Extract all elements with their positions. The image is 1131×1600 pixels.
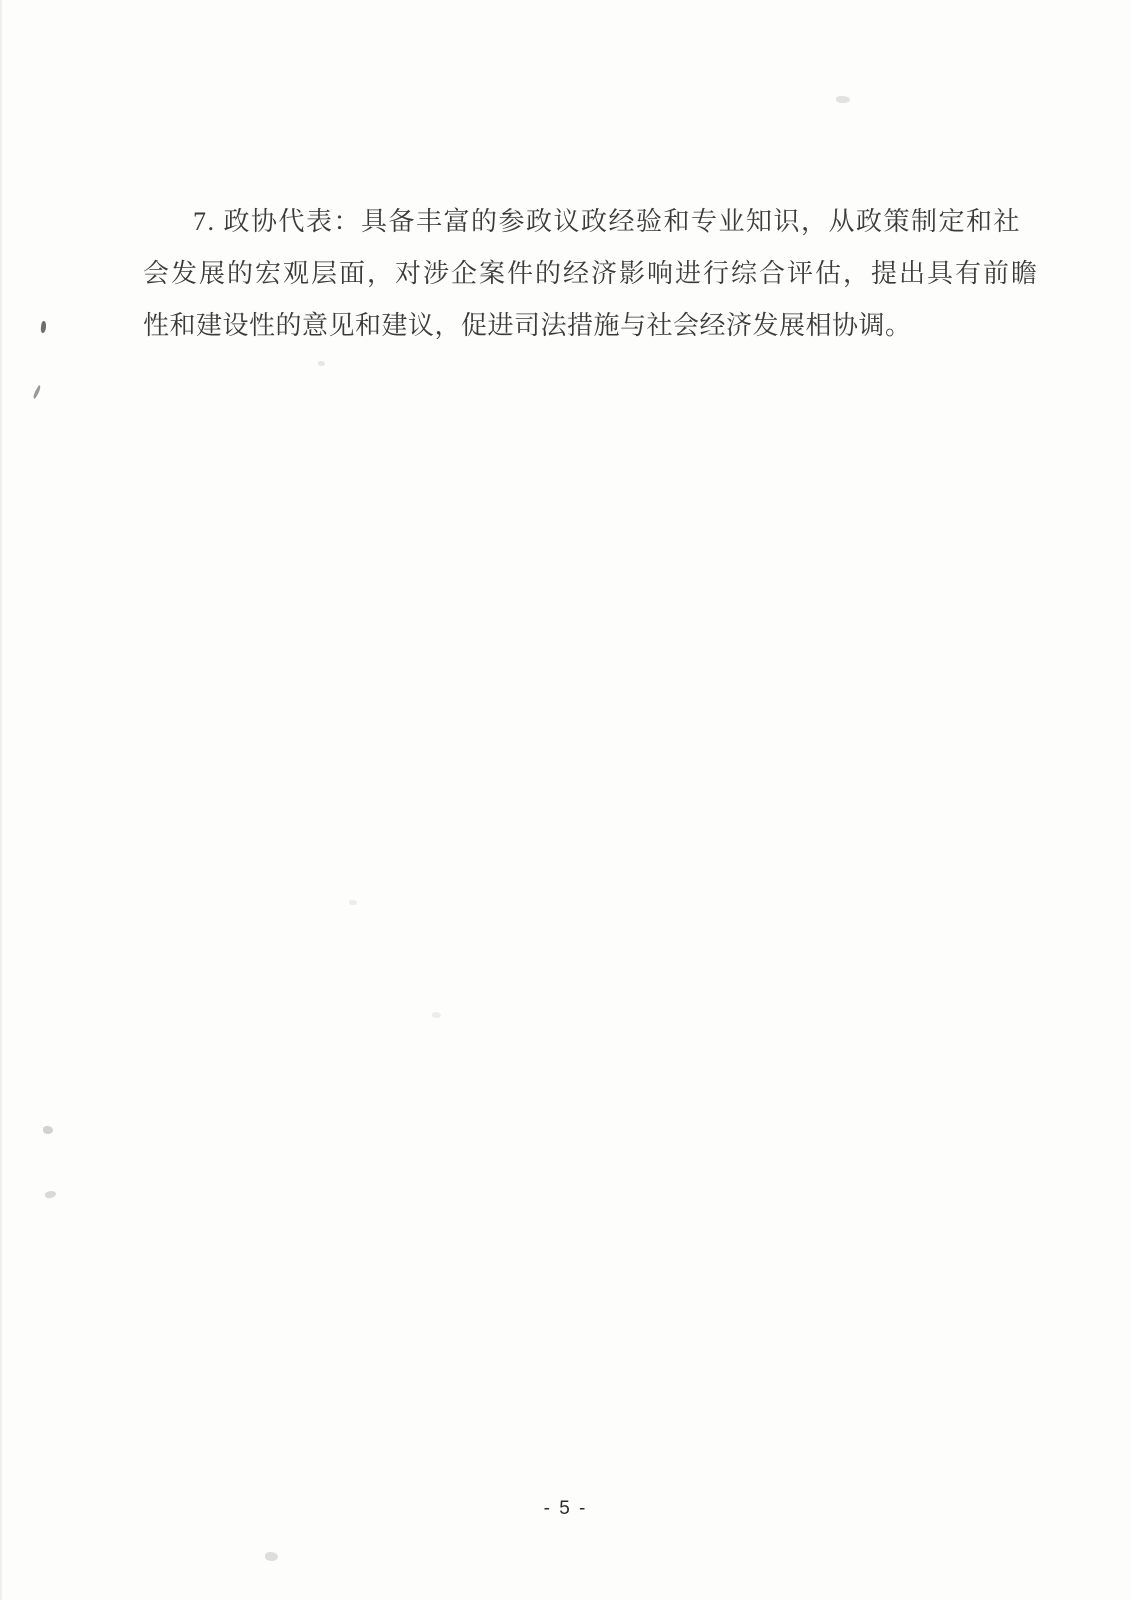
scan-edge	[0, 0, 3, 1600]
scan-speck	[349, 900, 357, 905]
body-paragraph: 7. 政协代表：具备丰富的参政议政经验和专业知识，从政策制定和社 会发展的宏观层…	[143, 196, 989, 352]
paragraph-line: 性和建设性的意见和建议，促进司法措施与社会经济发展相协调。	[143, 300, 989, 352]
page-number: - 5 -	[0, 1498, 1131, 1520]
scan-speck	[836, 96, 850, 103]
scan-speck	[265, 1552, 278, 1561]
document-page: 7. 政协代表：具备丰富的参政议政经验和专业知识，从政策制定和社 会发展的宏观层…	[0, 0, 1131, 1600]
scan-speck	[432, 1012, 441, 1018]
scan-speck	[32, 385, 43, 399]
paragraph-line: 会发展的宏观层面，对涉企案件的经济影响进行综合评估，提出具有前瞻	[143, 248, 989, 300]
scan-speck	[318, 361, 325, 366]
paragraph-line: 7. 政协代表：具备丰富的参政议政经验和专业知识，从政策制定和社	[143, 196, 989, 248]
scan-speck	[40, 321, 47, 334]
scan-speck	[44, 1190, 56, 1199]
scan-speck	[43, 1126, 53, 1134]
